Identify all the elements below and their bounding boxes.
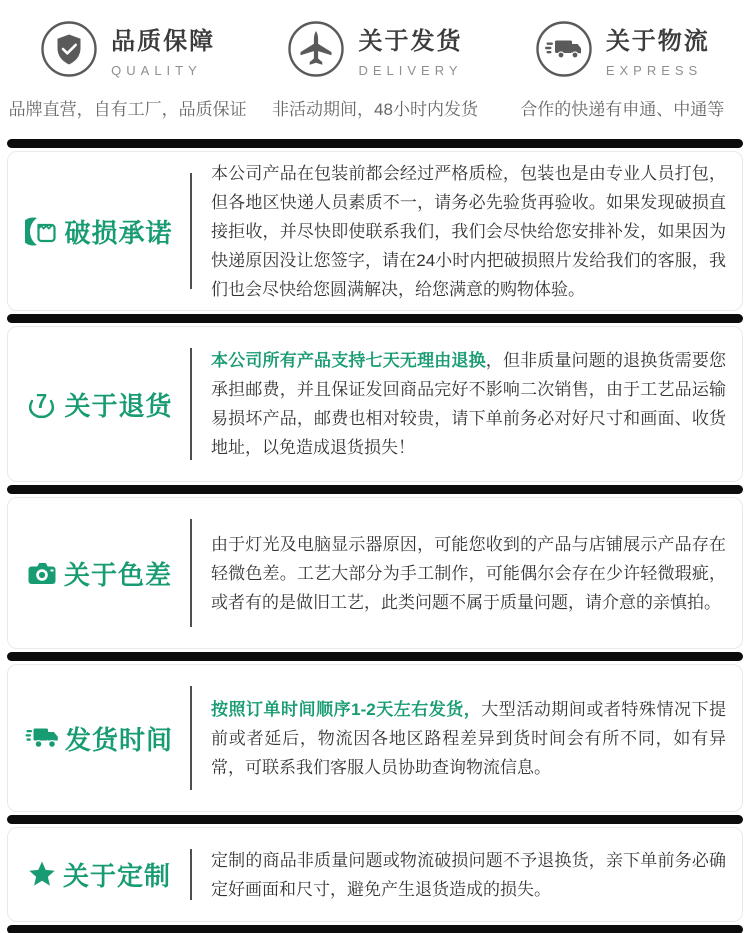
feature-express: 关于物流 EXPRESS 合作的快递有申通、中通等 [499, 12, 746, 136]
section-color-difference: 关于色差 由于灯光及电脑显示器原因，可能您收到的产品与店铺展示产品存在轻微色差。… [7, 497, 743, 649]
section-damage-promise: 破损承诺 本公司产品在包装前都会经过严格质检，包装也是由专业人员打包，但各地区快… [7, 151, 743, 311]
section-title: 破损承诺 [64, 213, 172, 250]
feature-title: 关于物流 [606, 21, 710, 56]
feature-quality-main: 品质保障 QUALITY [40, 12, 215, 86]
truck-icon [535, 20, 593, 78]
black-separator-bar [7, 815, 743, 824]
section-title: 关于色差 [64, 555, 172, 592]
section-body: 由于灯光及电脑显示器原因，可能您收到的产品与店铺展示产品存在轻微色差。工艺大部分… [192, 530, 742, 617]
feature-delivery: 关于发货 DELIVERY 非活动期间，48小时内发货 [251, 12, 498, 136]
section-body: 定制的商品非质量问题或物流破损问题不予退换货，亲下单前务必确定好画面和尺寸，避免… [192, 846, 742, 904]
feature-title: 关于发货 [358, 21, 462, 56]
section-title: 发货时间 [65, 720, 173, 757]
black-separator-bar [7, 314, 743, 323]
hands-return-icon: 7 [25, 388, 58, 421]
black-separator-bar [7, 652, 743, 661]
airplane-icon [287, 20, 345, 78]
star-icon [27, 860, 57, 889]
section-body: 按照订单时间顺序1-2天左右发货，大型活动期间或者特殊情况下提前或者延后，物流因… [192, 695, 742, 782]
section-shipping-time: 发货时间 按照订单时间顺序1-2天左右发货，大型活动期间或者特殊情况下提前或者延… [7, 664, 743, 812]
shield-check-icon [40, 20, 98, 78]
feature-express-main: 关于物流 EXPRESS [535, 12, 710, 86]
delivery-truck-icon [25, 724, 59, 752]
section-title: 关于退货 [64, 386, 172, 423]
feature-quality: 品质保障 QUALITY 品牌直营，自有工厂，品质保证 [4, 12, 251, 136]
section-returns: 7 关于退货 本公司所有产品支持七天无理由退换，但非质量问题的退换货需要您承担邮… [7, 326, 743, 482]
feature-caption: 品牌直营，自有工厂，品质保证 [9, 95, 247, 120]
section-customization: 关于定制 定制的商品非质量问题或物流破损问题不予退换货，亲下单前务必确定好画面和… [7, 827, 743, 922]
feature-subtitle: DELIVERY [358, 63, 462, 78]
svg-text:7: 7 [36, 391, 47, 413]
camera-icon [26, 558, 58, 588]
black-separator-bar [7, 925, 743, 933]
section-body: 本公司产品在包装前都会经过严格质检，包装也是由专业人员打包，但各地区快递人员素质… [192, 159, 742, 304]
feature-subtitle: QUALITY [111, 63, 215, 78]
feature-caption: 非活动期间，48小时内发货 [272, 95, 478, 120]
feature-title: 品质保障 [111, 21, 215, 56]
feature-delivery-main: 关于发货 DELIVERY [287, 12, 462, 86]
feature-caption: 合作的快递有申通、中通等 [520, 95, 724, 120]
black-separator-bar [7, 485, 743, 494]
section-body: 本公司所有产品支持七天无理由退换，但非质量问题的退换货需要您承担邮费，并且保证发… [192, 346, 742, 462]
feature-subtitle: EXPRESS [606, 63, 710, 78]
broken-cup-hand-icon [25, 215, 58, 248]
black-separator-bar [7, 139, 743, 148]
top-feature-row: 品质保障 QUALITY 品牌直营，自有工厂，品质保证 关于发货 DELIVER… [0, 0, 750, 136]
section-title: 关于定制 [63, 856, 171, 893]
